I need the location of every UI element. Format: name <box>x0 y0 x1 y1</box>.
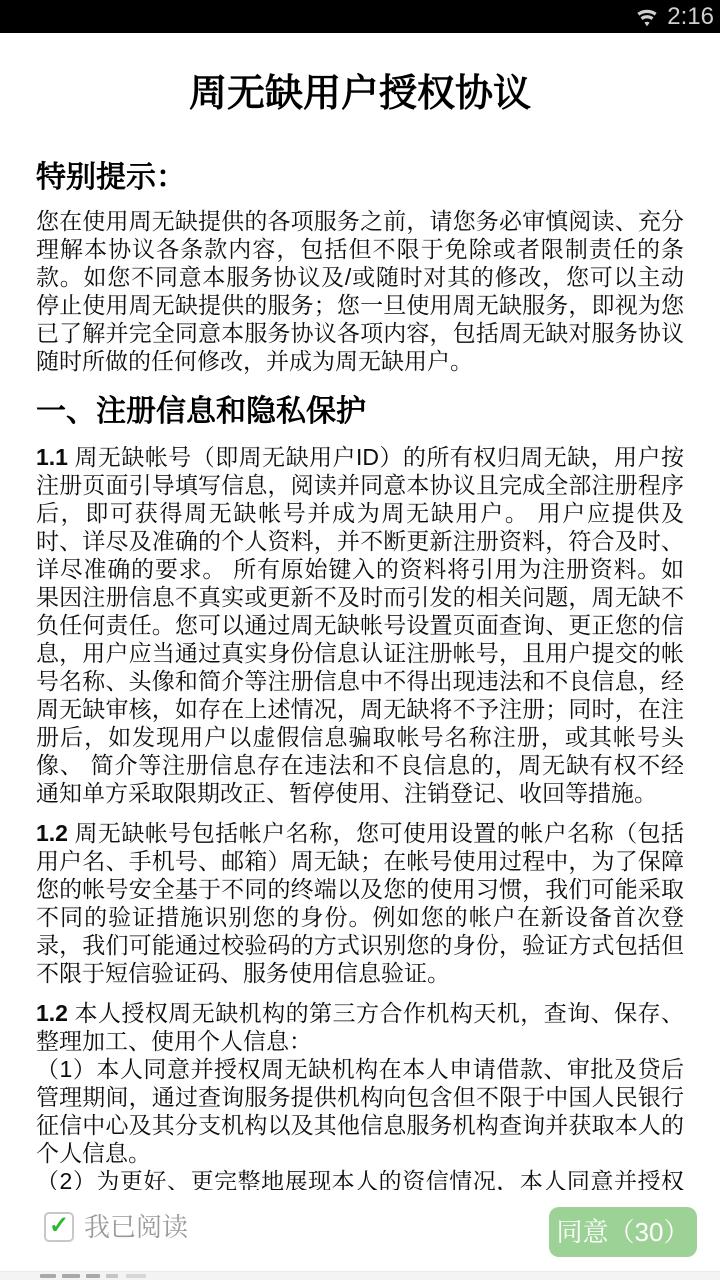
agreement-content-area[interactable]: 周无缺用户授权协议 特别提示： 您在使用周无缺提供的各项服务之前，请您务必审慎阅… <box>0 33 720 1190</box>
clipped-text-fragment <box>86 1274 100 1278</box>
clause-1-2b-label: 1.2 <box>36 1000 68 1026</box>
clause-1-1-text: 周无缺帐号（即周无缺用户ID）的所有权归周无缺，用户按注册页面引导填写信息，阅读… <box>36 444 684 806</box>
check-icon: ✓ <box>49 1213 69 1239</box>
agree-countdown-button[interactable]: 同意（30） <box>549 1207 697 1257</box>
status-bar: 2:16 <box>0 0 720 33</box>
clipped-underlying-content <box>0 1271 720 1280</box>
agreement-screen: 2:16 周无缺用户授权协议 特别提示： 您在使用周无缺提供的各项服务之前，请您… <box>0 0 720 1280</box>
clause-1-2b-item-1: （1）本人同意并授权周无缺机构在本人申请借款、审批及贷后管理期间，通过查询服务提… <box>36 1055 684 1167</box>
special-notice-paragraph: 您在使用周无缺提供的各项服务之前，请您务必审慎阅读、充分理解本协议各条款内容，包… <box>36 207 684 375</box>
clipped-text-fragment <box>40 1274 56 1278</box>
clipped-text-fragment <box>62 1274 80 1278</box>
clause-1-1-label: 1.1 <box>36 444 68 470</box>
clause-1-1: 1.1周无缺帐号（即周无缺用户ID）的所有权归周无缺，用户按注册页面引导填写信息… <box>36 443 684 807</box>
clipped-text-fragment <box>126 1274 146 1278</box>
have-read-label: 我已阅读 <box>84 1212 188 1242</box>
clipped-text-fragment <box>106 1274 118 1278</box>
section-1-heading: 一、注册信息和隐私保护 <box>36 393 684 431</box>
clause-1-2a-label: 1.2 <box>36 820 68 846</box>
clause-1-2a-text: 周无缺帐号包括帐户名称，您可使用设置的帐户名称（包括用户名、手机号、邮箱）周无缺… <box>36 820 684 986</box>
special-notice-heading: 特别提示： <box>36 159 684 197</box>
clause-1-2a: 1.2周无缺帐号包括帐户名称，您可使用设置的帐户名称（包括用户名、手机号、邮箱）… <box>36 819 684 987</box>
bottom-action-bar: ✓ 我已阅读 同意（30） <box>0 1190 720 1280</box>
page-title: 周无缺用户授权协议 <box>36 71 684 117</box>
wifi-icon <box>634 4 660 30</box>
clause-1-2b-item-2: （2）为更好、更完整地展现本人的资信情况，本人同意并授权查询服务提供机构及其关联… <box>36 1167 684 1190</box>
clause-1-2b-text: 本人授权周无缺机构的第三方合作机构天机，查询、保存、整理加工、使用个人信息： <box>36 1000 684 1054</box>
have-read-checkbox[interactable]: ✓ 我已阅读 <box>44 1212 188 1242</box>
clause-1-2b: 1.2本人授权周无缺机构的第三方合作机构天机，查询、保存、整理加工、使用个人信息… <box>36 999 684 1055</box>
checkbox-box: ✓ <box>44 1212 74 1242</box>
status-time: 2:16 <box>667 0 714 33</box>
